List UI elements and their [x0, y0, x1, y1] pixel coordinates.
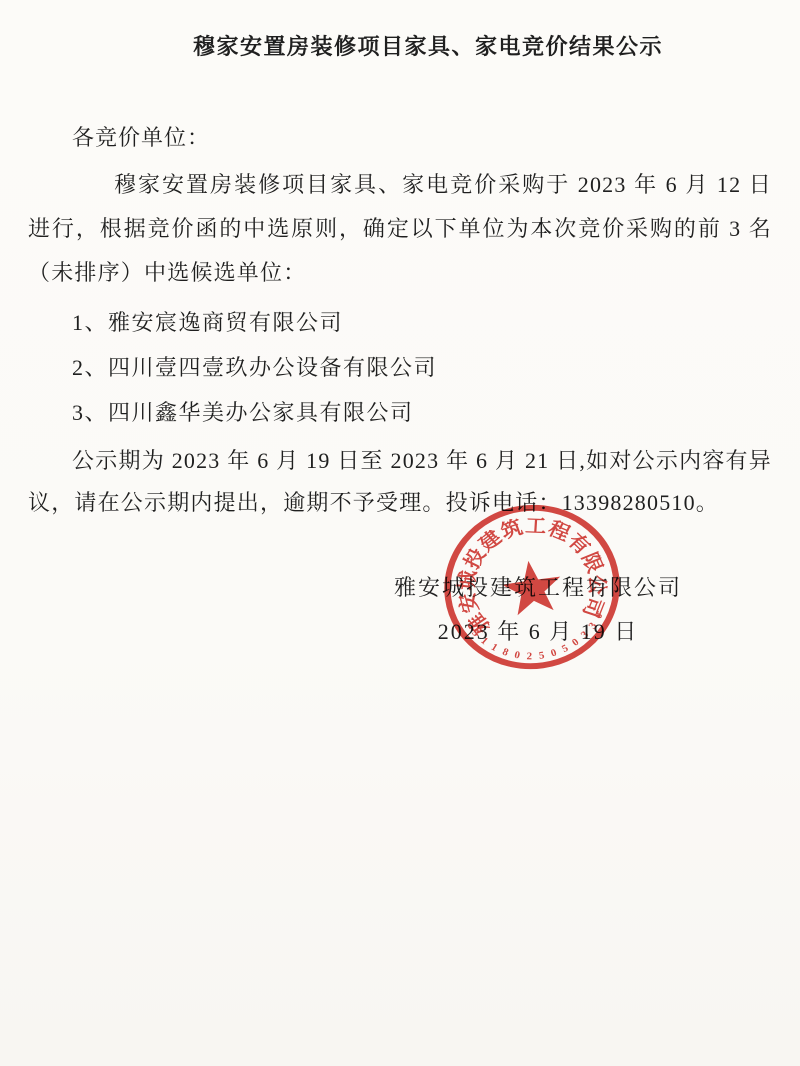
svg-text:2: 2 [526, 652, 532, 663]
svg-text:1: 1 [478, 636, 489, 647]
official-seal-graphic: 雅安城投建筑工程有限公司 5118025050330 [430, 490, 634, 684]
winner-list-item: 2、四川壹四壹玖办公设备有限公司 [72, 345, 437, 390]
seal-star-icon [499, 557, 564, 617]
svg-text:3: 3 [587, 621, 599, 631]
winner-list-item: 1、雅安宸逸商贸有限公司 [72, 300, 437, 345]
notice-body-paragraph: 穆家安置房装修项目家具、家电竞价采购于 2023 年 6 月 12 日进行，根据… [28, 163, 772, 295]
svg-text:5: 5 [560, 643, 570, 655]
svg-text:0: 0 [570, 637, 581, 649]
svg-text:1: 1 [489, 642, 499, 654]
svg-text:8: 8 [501, 647, 510, 659]
svg-text:3: 3 [579, 630, 591, 641]
official-seal: 雅安城投建筑工程有限公司 5118025050330 [430, 490, 634, 684]
notice-title: 穆家安置房装修项目家具、家电竞价结果公示 [28, 30, 800, 61]
svg-text:5: 5 [538, 651, 545, 662]
winner-list: 1、雅安宸逸商贸有限公司 2、四川壹四壹玖办公设备有限公司 3、四川鑫华美办公家… [72, 300, 437, 435]
svg-text:城: 城 [455, 569, 481, 592]
notice-document-page: 穆家安置房装修项目家具、家电竞价结果公示 各竞价单位： 穆家安置房装修项目家具、… [0, 0, 800, 1066]
winner-list-item: 3、四川鑫华美办公家具有限公司 [72, 390, 437, 435]
publicity-period-paragraph: 公示期为 2023 年 6 月 19 日至 2023 年 6 月 21 日,如对… [28, 440, 772, 524]
svg-text:工: 工 [525, 516, 547, 538]
svg-text:0: 0 [550, 648, 559, 660]
svg-text:0: 0 [513, 650, 521, 661]
svg-text:公: 公 [585, 575, 609, 596]
salutation-line: 各竞价单位： [72, 121, 210, 152]
